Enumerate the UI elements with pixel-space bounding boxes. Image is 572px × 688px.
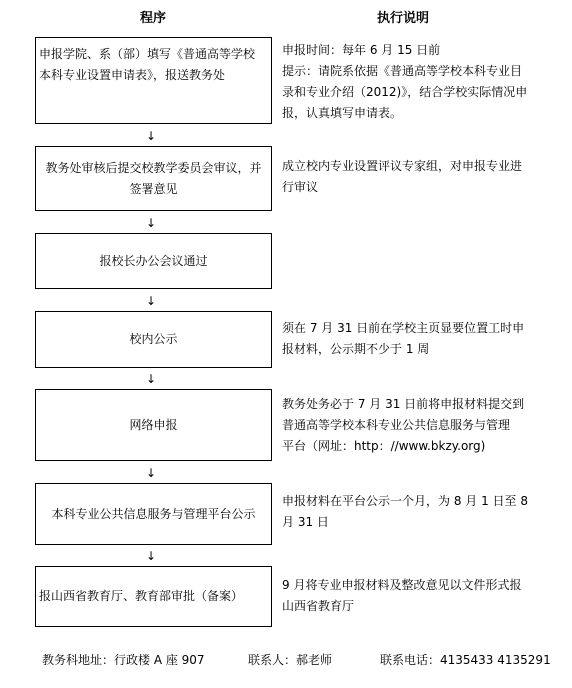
down-arrow-icon: ↓ [146, 294, 156, 308]
flow-step-4: 校内公示 [35, 311, 272, 368]
flow-step-5: 网络申报 [35, 389, 272, 461]
flow-step-label: 本科专业公共信息服务与管理平台公示 [51, 504, 255, 525]
flow-step-label: 申报学院、系（部）填写《普通高等学校 本科专业设置申请表》，报送教务处 [39, 44, 255, 86]
step-note-7: 9 月将专业申报材料及整改意见以文件形式报 山西省教育厅 [282, 575, 567, 617]
flow-step-label: 网络申报 [129, 415, 177, 436]
flow-step-label: 校内公示 [129, 329, 177, 350]
flow-step-3: 报校长办公会议通过 [35, 233, 272, 289]
header-instructions: 执行说明 [377, 10, 429, 28]
step-note-5: 教务处务必于 7 月 31 日前将申报材料提交到 普通高等学校本科专业公共信息服… [282, 394, 567, 457]
down-arrow-icon: ↓ [146, 216, 156, 230]
flow-step-label: 报山西省教育厅、教育部审批（备案） [39, 586, 243, 607]
header-procedure: 程序 [140, 10, 166, 28]
step-note-6: 申报材料在平台公示一个月，为 8 月 1 日至 8 月 31 日 [282, 491, 567, 533]
step-note-4: 须在 7 月 31 日前在学校主页显要位置工时申 报材料，公示期不少于 1 周 [282, 318, 567, 360]
flow-step-label: 报校长办公会议通过 [99, 251, 207, 272]
down-arrow-icon: ↓ [146, 549, 156, 563]
flow-step-7: 报山西省教育厅、教育部审批（备案） [35, 566, 272, 627]
step-note-1: 申报时间：每年 6 月 15 日前 提示：请院系依据《普通高等学校本科专业目 录… [282, 40, 567, 124]
down-arrow-icon: ↓ [146, 372, 156, 386]
flow-step-6: 本科专业公共信息服务与管理平台公示 [35, 483, 272, 545]
down-arrow-icon: ↓ [146, 466, 156, 480]
footer-contact: 联系人：郝老师 [248, 652, 332, 668]
down-arrow-icon: ↓ [146, 129, 156, 143]
flow-step-2: 教务处审核后提交校教学委员会审议，并 签署意见 [35, 146, 272, 211]
flow-step-label: 教务处审核后提交校教学委员会审议，并 签署意见 [45, 158, 261, 200]
step-note-2: 成立校内专业设置评议专家组，对申报专业进 行审议 [282, 156, 567, 198]
footer-phone: 联系电话：4135433 4135291 [380, 652, 551, 668]
flow-step-1: 申报学院、系（部）填写《普通高等学校 本科专业设置申请表》，报送教务处 [35, 37, 272, 124]
footer-address: 教务科地址：行政楼 A 座 907 [42, 652, 205, 668]
